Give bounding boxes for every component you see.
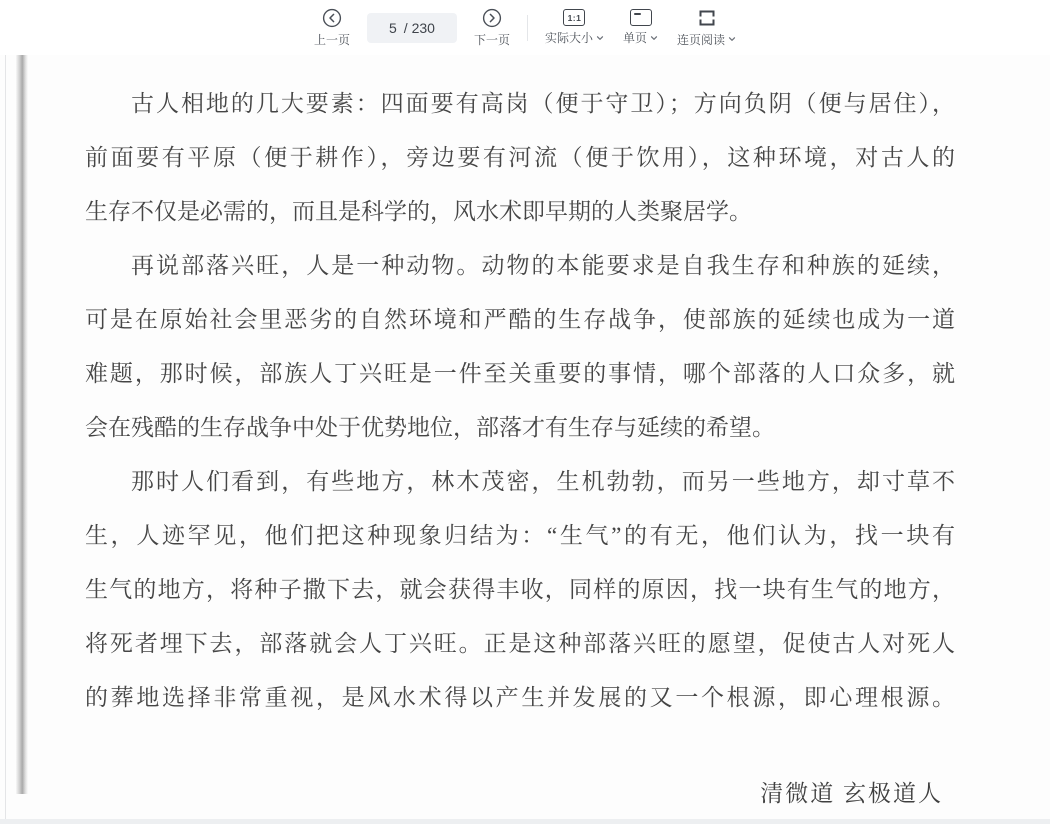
single-page-icon [630, 9, 652, 26]
text-line: 生存不仅是必需的，而且是科学的，风水术即早期的人类聚居学。 [85, 185, 955, 239]
total-pages: / 230 [404, 20, 435, 36]
next-page-button[interactable]: 下一页 [472, 8, 512, 48]
chevron-down-icon [650, 34, 658, 42]
paragraph-lines: 古人相地的几大要素：四面要有高岗（便于守卫）；方向负阴（便与居住），前面要有平原… [85, 77, 955, 725]
single-page-label: 单页 [623, 29, 647, 46]
text-line: 难题，那时候，部族人丁兴旺是一件至关重要的事情，哪个部落的人口众多，就 [85, 347, 955, 401]
chevron-left-circle-icon [322, 8, 342, 28]
page-spine-shadow [16, 55, 28, 794]
document-viewport[interactable]: 古人相地的几大要素：四面要有高岗（便于守卫）；方向负阴（便与居住），前面要有平原… [0, 55, 1050, 824]
continuous-reading-button[interactable]: 连页阅读 [675, 8, 738, 48]
text-line: 将死者埋下去，部落就会人丁兴旺。正是这种部落兴旺的愿望，促使古人对死人 [85, 617, 955, 671]
chevron-down-icon [728, 35, 736, 43]
page-indicator[interactable]: 5 / 230 [367, 13, 457, 43]
page-left-edge [5, 55, 6, 824]
page-bottom-edge [0, 819, 1050, 824]
scanned-page-text: 古人相地的几大要素：四面要有高岗（便于守卫）；方向负阴（便与居住），前面要有平原… [85, 55, 955, 821]
continuous-pages-icon [697, 8, 717, 28]
chevron-down-icon [596, 34, 604, 42]
text-line: 生，人迹罕见，他们把这种现象归结为：“生气”的有无，他们认为，找一块有 [85, 509, 955, 563]
actual-size-button[interactable]: 1:1 实际大小 [543, 9, 606, 46]
text-line: 那时人们看到，有些地方，林木茂密，生机勃勃，而另一些地方，却寸草不 [85, 455, 955, 509]
actual-size-label: 实际大小 [545, 29, 593, 46]
current-page-value[interactable]: 5 [389, 20, 397, 36]
prev-page-label: 上一页 [314, 31, 350, 48]
text-line: 可是在原始社会里恶劣的自然环境和严酷的生存战争，使部族的延续也成为一道 [85, 293, 955, 347]
actual-size-icon: 1:1 [563, 9, 585, 26]
prev-page-button[interactable]: 上一页 [312, 8, 352, 48]
text-line: 前面要有平原（便于耕作），旁边要有河流（便于饮用），这种环境，对古人的 [85, 131, 955, 185]
text-line: 古人相地的几大要素：四面要有高岗（便于守卫）；方向负阴（便与居住）， [85, 77, 955, 131]
next-page-label: 下一页 [474, 31, 510, 48]
continuous-reading-label: 连页阅读 [677, 31, 725, 48]
single-page-button[interactable]: 单页 [621, 9, 660, 46]
text-line: 会在残酷的生存战争中处于优势地位，部落才有生存与延续的希望。 [85, 401, 955, 455]
chevron-right-circle-icon [482, 8, 502, 28]
text-line: 再说部落兴旺，人是一种动物。动物的本能要求是自我生存和种族的延续， [85, 239, 955, 293]
toolbar-divider [527, 15, 528, 41]
reader-toolbar: 上一页 5 / 230 下一页 1:1 实际大小 [0, 0, 1050, 55]
text-line: 的葬地选择非常重视，是风水术得以产生并发展的又一个根源，即心理根源。 [85, 671, 955, 725]
signature-line: 清微道 玄极道人 [85, 767, 955, 821]
text-line: 生气的地方，将种子撒下去，就会获得丰收，同样的原因，找一块有生气的地方， [85, 563, 955, 617]
toolbar-controls: 上一页 5 / 230 下一页 1:1 实际大小 [312, 8, 738, 48]
